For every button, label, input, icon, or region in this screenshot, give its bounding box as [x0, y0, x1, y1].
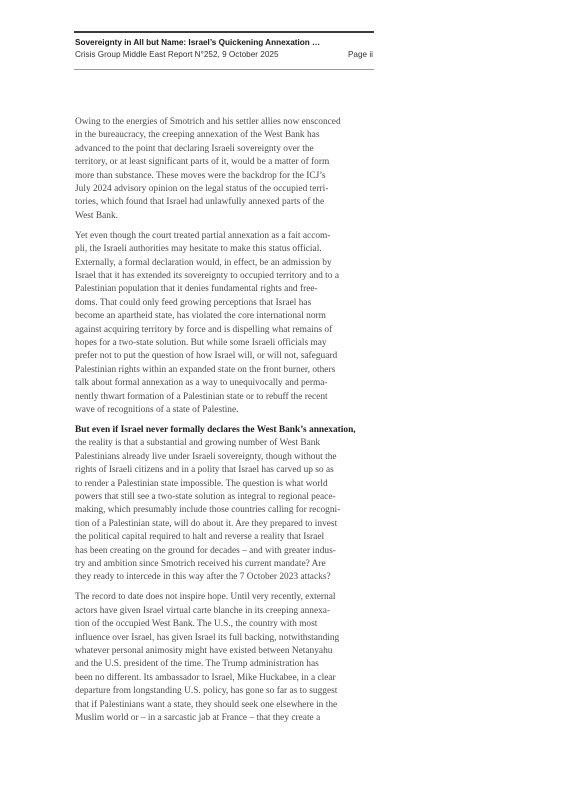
text-line: prefer not to put the question of how Is… — [75, 350, 375, 363]
text-line: actors have given Israel virtual carte b… — [75, 605, 375, 618]
paragraph: But even if Israel never formally declar… — [75, 424, 375, 585]
paragraph: Yet even though the court treated partia… — [75, 230, 375, 418]
text-line: Owing to the energies of Smotrich and hi… — [75, 116, 375, 129]
text-line: departure from longstanding U.S. policy,… — [75, 685, 375, 698]
text-line: whatever personal animosity might have e… — [75, 645, 375, 658]
text-line: become an apartheid state, has violated … — [75, 310, 375, 323]
paragraph: Owing to the energies of Smotrich and hi… — [75, 116, 375, 223]
text-line: The record to date does not inspire hope… — [75, 591, 375, 604]
text-line: more than substance. These moves were th… — [75, 170, 375, 183]
text-line: Palestinian population that it denies fu… — [75, 283, 375, 296]
text-line: has been creating on the ground for deca… — [75, 545, 375, 558]
text-line: the reality is that a substantial and gr… — [75, 437, 375, 450]
text-line: hopes for a two-state solution. But whil… — [75, 337, 375, 350]
text-line: advanced to the point that declaring Isr… — [75, 143, 375, 156]
text-line: Muslim world or – in a sarcastic jab at … — [75, 712, 375, 725]
text-line: territory, or at least significant parts… — [75, 156, 375, 169]
text-line: making, which presumably include those c… — [75, 504, 375, 517]
text-line: and the U.S. president of the time. The … — [75, 658, 375, 671]
header-top-rule — [74, 31, 374, 33]
text-line: Palestinians already live under Israeli … — [75, 451, 375, 464]
text-line: July 2024 advisory opinion on the legal … — [75, 183, 375, 196]
text-line: been no different. Its ambassador to Isr… — [75, 672, 375, 685]
text-line: tories, which found that Israel had unla… — [75, 196, 375, 209]
text-line: in the bureaucracy, the creeping annexat… — [75, 129, 375, 142]
text-line: tion of a Palestinian state, will do abo… — [75, 518, 375, 531]
running-header-title: Sovereignty in All but Name: Israel’s Qu… — [75, 38, 320, 47]
text-line: rights of Israeli citizens and in a poli… — [75, 464, 375, 477]
text-line: talk about formal annexation as a way to… — [75, 377, 375, 390]
text-line: against acquiring territory by force and… — [75, 324, 375, 337]
text-line: Israel that it has extended its sovereig… — [75, 270, 375, 283]
text-line: they ready to intercede in this way afte… — [75, 571, 375, 584]
text-line: influence over Israel, has given Israel … — [75, 632, 375, 645]
text-line: to render a Palestinian state impossible… — [75, 478, 375, 491]
text-line: Palestinian rights within an expanded st… — [75, 364, 375, 377]
text-line: Yet even though the court treated partia… — [75, 230, 375, 243]
text-line: wave of recognitions of a state of Pales… — [75, 404, 375, 417]
text-line: that if Palestinians want a state, they … — [75, 699, 375, 712]
text-line: tion of the occupied West Bank. The U.S.… — [75, 618, 375, 631]
page-number: Page ii — [348, 50, 373, 59]
body-text: Owing to the energies of Smotrich and hi… — [75, 116, 375, 732]
text-line: powers that still see a two-state soluti… — [75, 491, 375, 504]
text-line: Externally, a formal declaration would, … — [75, 257, 375, 270]
paragraph: The record to date does not inspire hope… — [75, 591, 375, 725]
text-line: try and ambition since Smotrich received… — [75, 558, 375, 571]
header-bottom-rule — [74, 69, 374, 70]
text-line: pli, the Israeli authorities may hesitat… — [75, 243, 375, 256]
running-header-subtitle: Crisis Group Middle East Report N°252, 9… — [75, 50, 279, 59]
text-line: the political capital required to halt a… — [75, 531, 375, 544]
text-line: nently thwart formation of a Palestinian… — [75, 391, 375, 404]
text-line: West Bank. — [75, 210, 375, 223]
bold-lead-sentence: But even if Israel never formally declar… — [75, 424, 375, 437]
text-line: doms. That could only feed growing perce… — [75, 297, 375, 310]
document-page: Sovereignty in All but Name: Israel’s Qu… — [0, 0, 566, 800]
